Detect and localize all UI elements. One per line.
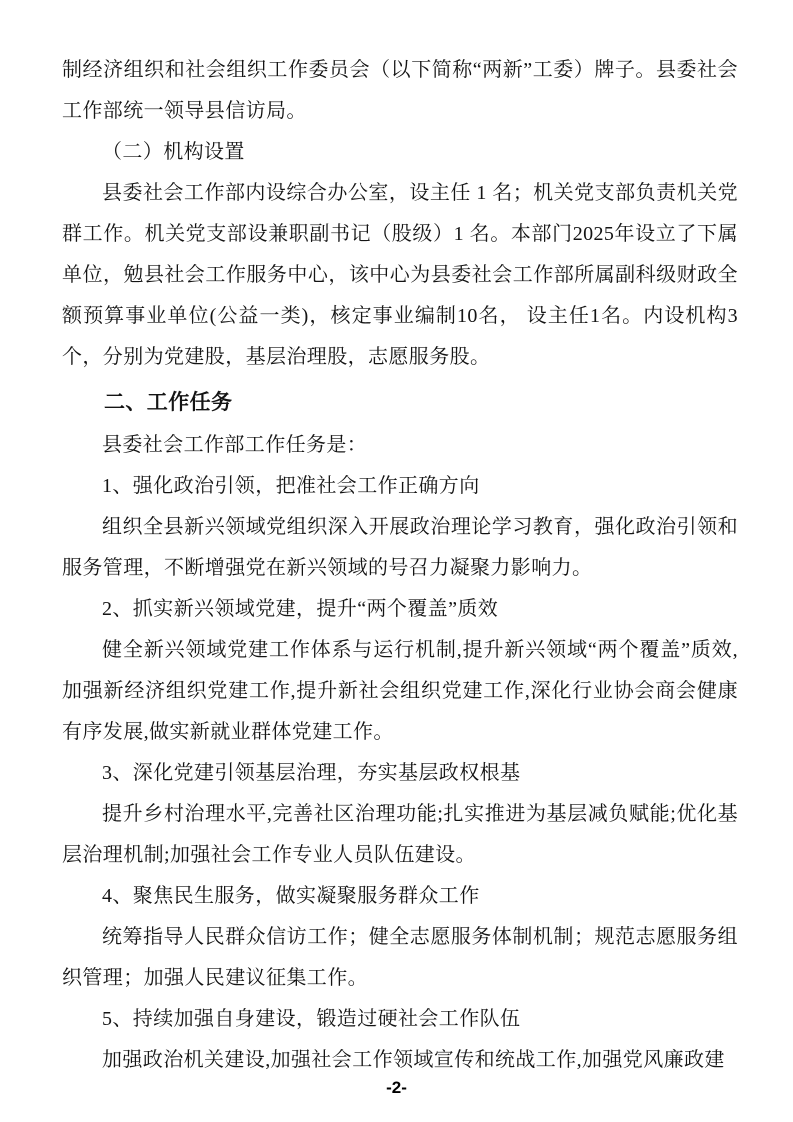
paragraph: 组织全县新兴领域党组织深入开展政治理论学习教育，强化政治引领和服务管理，不断增强…	[62, 507, 738, 589]
numbered-item-5: 5、持续加强自身建设，锻造过硬社会工作队伍	[62, 999, 738, 1040]
numbered-item-4: 4、聚焦民生服务，做实凝聚服务群众工作	[62, 876, 738, 917]
numbered-item-1: 1、强化政治引领，把准社会工作正确方向	[62, 466, 738, 507]
numbered-item-2: 2、抓实新兴领域党建，提升“两个覆盖”质效	[62, 589, 738, 630]
page-number: -2-	[0, 1067, 793, 1108]
paragraph: 县委社会工作部内设综合办公室，设主任 1 名；机关党支部负责机关党群工作。机关党…	[62, 173, 738, 378]
paragraph: 县委社会工作部工作任务是：	[62, 425, 738, 466]
document-page: 制经济组织和社会组织工作委员会（以下简称“两新”工委）牌子。县委社会工作部统一领…	[0, 0, 793, 1122]
paragraph: 统筹指导人民群众信访工作；健全志愿服务体制机制；规范志愿服务组织管理；加强人民建…	[62, 917, 738, 999]
paragraph: 健全新兴领域党建工作体系与运行机制,提升新兴领域“两个覆盖”质效,加强新经济组织…	[62, 630, 738, 753]
section-heading: 二、工作任务	[62, 382, 738, 423]
paragraph-continuation: 制经济组织和社会组织工作委员会（以下简称“两新”工委）牌子。县委社会工作部统一领…	[62, 50, 738, 132]
numbered-item-3: 3、深化党建引领基层治理，夯实基层政权根基	[62, 753, 738, 794]
paragraph: 提升乡村治理水平,完善社区治理功能;扎实推进为基层减负赋能;优化基层治理机制;加…	[62, 794, 738, 876]
subsection-heading: （二）机构设置	[62, 132, 738, 173]
